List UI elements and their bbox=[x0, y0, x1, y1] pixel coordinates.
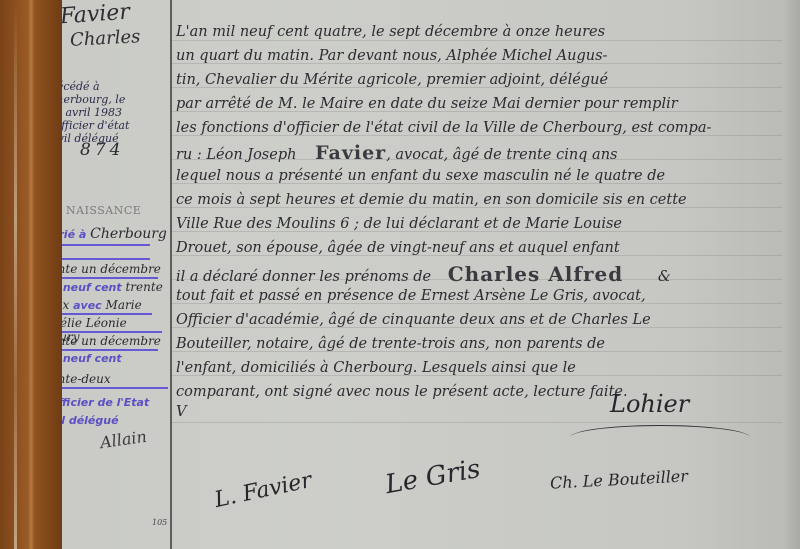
body-line: tin, Chevalier du Mérite agricole, premi… bbox=[176, 72, 608, 88]
body-line: un quart du matin. Par devant nous, Alph… bbox=[176, 48, 607, 64]
body-line: il a déclaré donner les prénoms de Charl… bbox=[176, 262, 671, 286]
book-binding bbox=[0, 0, 62, 549]
section-label-naissance: NAISSANCE bbox=[66, 204, 141, 217]
margin-firstname: Charles bbox=[69, 26, 140, 51]
margin-surname: Favier bbox=[59, 0, 130, 29]
body-line-text: , avocat, âgé de trente cinq ans bbox=[386, 147, 617, 163]
body-line-text: il a déclaré donner les prénoms de bbox=[176, 269, 431, 285]
signature-comparant: L. Favier bbox=[212, 468, 314, 513]
register-page: Favier Charles Décédé à Cherbourg, le 13… bbox=[0, 0, 800, 549]
signature-flourish bbox=[570, 425, 750, 450]
act-number: 874 bbox=[80, 140, 124, 160]
death-annotation-line: l'officier d'état bbox=[48, 119, 173, 132]
body-line: par arrêté de M. le Maire en date du sei… bbox=[176, 96, 678, 112]
death-annotation-line: Décédé à bbox=[48, 80, 173, 93]
body-line: lequel nous a présenté un enfant du sexe… bbox=[176, 168, 665, 184]
handwritten-text: trente bbox=[125, 280, 162, 294]
body-line: Ville Rue des Moulins 6 ; de lui déclara… bbox=[176, 216, 622, 232]
signature-officer: Lohier bbox=[610, 390, 689, 418]
death-annotation: Décédé à Cherbourg, le 13 avril 1983 l'o… bbox=[48, 80, 173, 145]
handwritten-text: Cherbourg bbox=[90, 226, 167, 242]
body-line: ru : Léon Joseph Favier, avocat, âgé de … bbox=[176, 142, 617, 164]
child-names: Charles Alfred bbox=[448, 262, 623, 286]
signature-witness-1: Le Gris bbox=[383, 454, 483, 500]
body-line: l'enfant, domiciliés à Cherbourg. Lesque… bbox=[176, 360, 576, 376]
body-line: L'an mil neuf cent quatre, le sept décem… bbox=[176, 24, 605, 40]
death-annotation-line: Cherbourg, le bbox=[48, 93, 173, 106]
folio-number: 105 bbox=[152, 518, 167, 527]
father-surname: Favier bbox=[315, 142, 386, 164]
body-line: V bbox=[176, 404, 186, 420]
body-line-text: ru : Léon Joseph bbox=[176, 147, 296, 163]
body-line: Bouteiller, notaire, âgé de trente-trois… bbox=[176, 336, 605, 352]
ruled-line bbox=[172, 40, 782, 41]
body-line: ce mois à sept heures et demie du matin,… bbox=[176, 192, 687, 208]
body-line: les fonctions d'officier de l'état civil… bbox=[176, 120, 711, 136]
handwritten-text: Marie bbox=[106, 298, 142, 312]
officer-signature: Allain bbox=[99, 427, 148, 452]
body-line: comparant, ont signé avec nous le présen… bbox=[176, 384, 628, 400]
page-edge bbox=[782, 0, 800, 549]
binding-crack bbox=[14, 0, 17, 549]
body-line: Officier d'académie, âgé de cinquante de… bbox=[176, 312, 651, 328]
body-line: Drouet, son épouse, âgée de vingt-neuf a… bbox=[176, 240, 620, 256]
body-line-text: & bbox=[658, 269, 671, 285]
death-annotation-line: 13 avril 1983 bbox=[48, 106, 173, 119]
stamp-text: avec bbox=[73, 299, 102, 312]
body-line: tout fait et passé en présence de Ernest… bbox=[176, 288, 646, 304]
signature-witness-2: Ch. Le Bouteiller bbox=[550, 466, 689, 492]
ruled-line bbox=[172, 422, 782, 423]
